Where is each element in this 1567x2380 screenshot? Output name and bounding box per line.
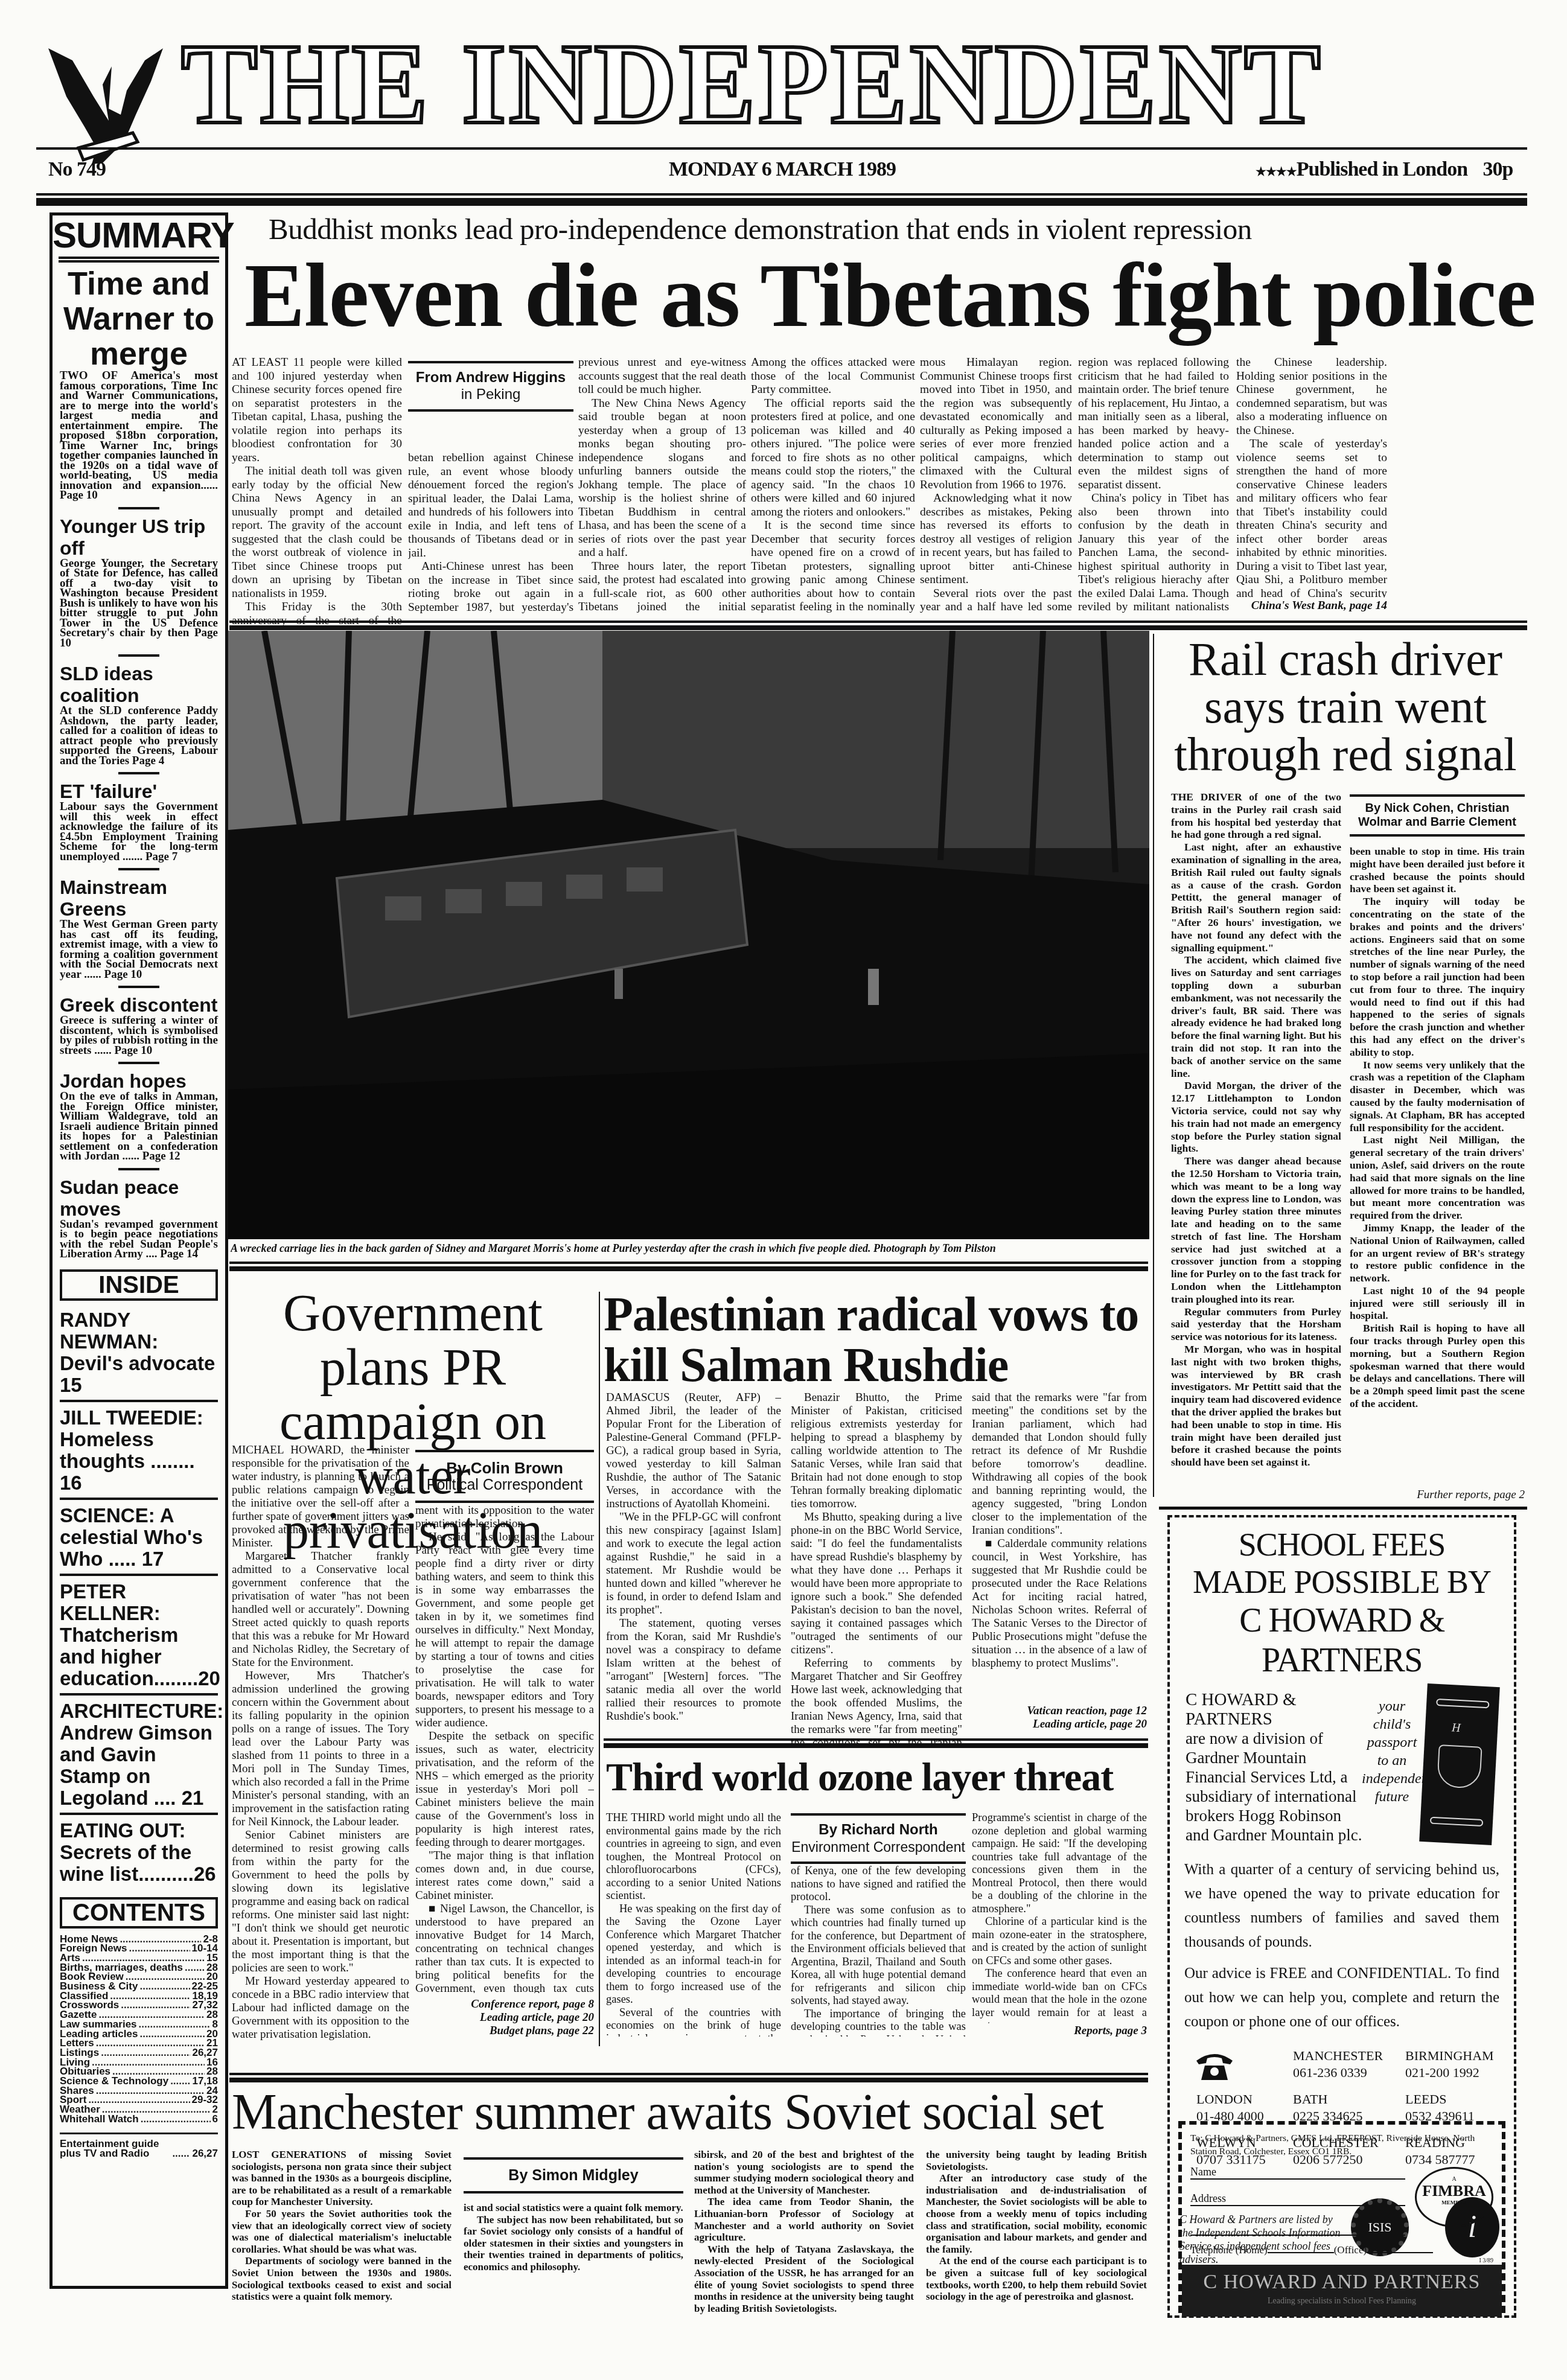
soviet-headline[interactable]: Manchester summer awaits Soviet social s…	[232, 2084, 1149, 2142]
cover-price: 30p	[1483, 158, 1513, 180]
coupon-address-field[interactable]: Address	[1190, 2192, 1405, 2206]
office-birmingham[interactable]: BIRMINGHAM021-200 1992	[1405, 2047, 1494, 2081]
summary-text: TWO OF America's most famous corporation…	[60, 371, 218, 501]
office-manchester[interactable]: MANCHESTER061-236 0339	[1293, 2047, 1383, 2081]
summary-text: Labour says the Government will this wee…	[60, 802, 218, 862]
ad-intro: C HOWARD & PARTNERS are now a division o…	[1186, 1690, 1367, 1845]
water-see-also[interactable]: Conference report, page 8 Leading articl…	[415, 1998, 594, 2038]
summary-text: The West German Green party has cast off…	[60, 920, 218, 980]
contents-entertainment[interactable]: Entertainment guide plus TV and Radio...…	[60, 2139, 218, 2158]
summary-text: At the SLD conference Paddy Ashdown, the…	[60, 706, 218, 766]
ozone-col-2: of Kenya, one of the few developing nati…	[791, 1865, 966, 2037]
summary-item[interactable]: Time and Warner to merge TWO OF America'…	[60, 266, 218, 501]
rushdie-col-2: Benazir Bhutto, the Prime Minister of Pa…	[791, 1391, 962, 1745]
school-fees-advert[interactable]: SCHOOL FEES MADE POSSIBLE BY C HOWARD & …	[1167, 1515, 1516, 2318]
lead-col-3: previous unrest and eye-witness accounts…	[578, 356, 746, 616]
rushdie-see-also[interactable]: Vatican reaction, page 12 Leading articl…	[972, 1705, 1147, 1731]
contents-row[interactable]: Foreign News............................…	[60, 1944, 218, 1953]
lead-col-6: region was replaced following criticism …	[1078, 356, 1229, 616]
summary-title: SUMMARY	[53, 215, 225, 254]
rushdie-headline[interactable]: Palestinian radical vows to kill Salman …	[604, 1289, 1153, 1391]
water-col-2: ment with its opposition to the water pr…	[415, 1504, 594, 1993]
summary-headline: Sudan peace moves	[60, 1176, 218, 1220]
photo-caption: A wrecked carriage lies in the back gard…	[231, 1242, 1148, 1255]
water-byline: By Colin Brown Political Correspondent	[415, 1450, 594, 1503]
summary-headline: SLD ideas coalition	[60, 663, 218, 706]
inside-item[interactable]: RANDY NEWMAN: Devil's advocate 15	[60, 1304, 218, 1400]
office-leeds[interactable]: LEEDS0532 439611	[1405, 2091, 1475, 2125]
summary-item[interactable]: Greek discontent Greece is suffering a w…	[60, 994, 218, 1056]
ozone-see-also[interactable]: Reports, page 3	[972, 2024, 1147, 2038]
coupon-address-field-2[interactable]	[1190, 2221, 1405, 2236]
ozone-headline[interactable]: Third world ozone layer threat	[606, 1750, 1149, 1805]
coupon-telephone-field[interactable]: Telephone (Home)(Office)	[1190, 2244, 1474, 2256]
rushdie-col-1: DAMASCUS (Reuter, AFP) – Ahmed Jibril, t…	[606, 1391, 781, 1745]
coupon-code: I 3/89	[1479, 2257, 1493, 2264]
issue-number: No 749	[48, 158, 106, 181]
summary-headline: Time and Warner to merge	[60, 266, 218, 371]
lead-kicker: Buddhist monks lead pro-independence dem…	[269, 212, 1252, 246]
issue-date: MONDAY 6 MARCH 1989	[669, 158, 896, 181]
contents-list: Home News...............................…	[60, 1935, 218, 2124]
newspaper-title: THE INDEPENDENT	[181, 24, 1323, 145]
ad-body-2: Our advice is FREE and CONFIDENTIAL. To …	[1170, 1962, 1514, 2034]
lead-byline: From Andrew Higgins in Peking	[408, 361, 573, 412]
rail-col-2: been unable to stop in time. His train m…	[1350, 845, 1525, 1485]
photo-scene	[228, 631, 1149, 1239]
soviet-byline: By Simon Midgley	[464, 2157, 683, 2193]
summary-headline: Greek discontent	[60, 994, 218, 1016]
summary-headline: ET 'failure'	[60, 780, 218, 802]
published-info: ★★★★Published in London 30p	[1256, 158, 1513, 181]
summary-text: George Younger, the Secretary of State f…	[60, 559, 218, 649]
soviet-col-2: ist and social statistics were a quaint …	[464, 2202, 683, 2366]
ad-headline-1: SCHOOL FEES	[1170, 1526, 1514, 1563]
summary-item[interactable]: Younger US trip off George Younger, the …	[60, 515, 218, 649]
lead-col-5: mous Himalayan region. Communist Chinese…	[920, 356, 1072, 616]
office-bath[interactable]: BATH0225 334625	[1293, 2091, 1363, 2125]
ad-script-text: your child's passport to an independent …	[1362, 1697, 1422, 1806]
inside-item[interactable]: SCIENCE: A celestial Who's Who ..... 17	[60, 1498, 218, 1574]
contents-title: CONTENTS	[60, 1897, 218, 1929]
lead-headline[interactable]: Eleven die as Tibetans fight police	[244, 247, 1536, 344]
rail-crash-photo[interactable]	[228, 631, 1149, 1239]
rail-byline: By Nick Cohen, Christian Wolmar and Barr…	[1350, 794, 1525, 837]
inside-item[interactable]: PETER KELLNER: Thatcherism and higher ed…	[60, 1574, 218, 1693]
office-london[interactable]: LONDON01-480 4000	[1196, 2091, 1264, 2125]
summary-item[interactable]: SLD ideas coalition At the SLD conferenc…	[60, 663, 218, 766]
summary-text: Greece is suffering a winter of disconte…	[60, 1016, 218, 1056]
fimbra-badge: A FIMBRA MEMBER	[1415, 2167, 1493, 2227]
soviet-col-4: the university being taught by leading B…	[926, 2149, 1147, 2366]
inside-item[interactable]: ARCHITECTURE: Andrew Gimson and Gavin St…	[60, 1693, 218, 1813]
inside-item[interactable]: EATING OUT: Secrets of the wine list....…	[60, 1813, 218, 1889]
coupon-address: To: C Howard & Partners, GMFS Ltd, FREEP…	[1182, 2125, 1502, 2158]
summary-item[interactable]: Jordan hopes On the eve of talks in Amma…	[60, 1070, 218, 1162]
ozone-col-1: THE THIRD world might undo all the envir…	[606, 1812, 781, 2037]
ad-headline-2: MADE POSSIBLE BY	[1170, 1563, 1514, 1601]
edition-stars: ★★★★	[1256, 165, 1297, 179]
inside-list: RANDY NEWMAN: Devil's advocate 15 JILL T…	[60, 1304, 218, 1889]
rail-col-1: THE DRIVER of one of the two trains in t…	[1171, 791, 1341, 1503]
ozone-byline: By Richard North Environment Corresponde…	[791, 1813, 966, 1864]
ad-banner: C HOWARD AND PARTNERS Leading specialist…	[1182, 2265, 1502, 2317]
inside-title: INSIDE	[60, 1269, 218, 1301]
rushdie-col-3: said that the remarks were "far from mee…	[972, 1391, 1147, 1705]
ad-headline-3: C HOWARD & PARTNERS	[1170, 1601, 1514, 1680]
masthead: THE INDEPENDENT No 749 MONDAY 6 MARCH 19…	[0, 0, 1567, 211]
summary-headline: Younger US trip off	[60, 515, 218, 559]
lead-col-2: betan rebellion against Chinese rule, an…	[408, 451, 573, 613]
rail-see-also[interactable]: Further reports, page 2	[1350, 1488, 1525, 1502]
lead-col-1: AT LEAST 11 people were killed and 100 i…	[232, 356, 402, 627]
summary-text: Sudan's revamped government is to begin …	[60, 1220, 218, 1260]
ad-body-1: With a quarter of a century of servicing…	[1170, 1858, 1514, 1954]
summary-item[interactable]: Mainstream Greens The West German Green …	[60, 876, 218, 980]
passport-graphic: H	[1419, 1683, 1500, 1845]
summary-text: On the eve of talks in Amman, the Foreig…	[60, 1092, 218, 1162]
contents-row[interactable]: Whitehall Watch.........................…	[60, 2114, 218, 2124]
lead-see-also[interactable]: China's West Bank, page 14	[1236, 599, 1387, 613]
summary-panel: SUMMARY Time and Warner to merge TWO OF …	[49, 212, 228, 2289]
soviet-col-1: LOST GENERATIONS of missing Soviet socio…	[232, 2149, 452, 2366]
eagle-icon	[36, 24, 181, 175]
summary-item[interactable]: Sudan peace moves Sudan's revamped gover…	[60, 1176, 218, 1260]
published-location: Published in London	[1297, 158, 1467, 180]
inside-item[interactable]: JILL TWEEDIE: Homeless thoughts ........…	[60, 1400, 218, 1498]
summary-item[interactable]: ET 'failure' Labour says the Government …	[60, 780, 218, 862]
water-col-1: MICHAEL HOWARD, the minister responsible…	[232, 1444, 409, 2041]
coupon[interactable]: To: C Howard & Partners, GMFS Ltd, FREEP…	[1178, 2121, 1505, 2313]
coupon-name-field[interactable]: Name	[1190, 2166, 1405, 2180]
lead-col-7: the Chinese leadership. Holding senior p…	[1236, 356, 1387, 598]
telephone-icon	[1194, 2050, 1235, 2081]
rail-headline[interactable]: Rail crash driver says train went throug…	[1161, 635, 1530, 778]
summary-headline: Jordan hopes	[60, 1070, 218, 1092]
photo-credit: Photograph by Tom Pilston	[873, 1242, 996, 1254]
soviet-col-3: sibirsk, and 20 of the best and brightes…	[694, 2149, 914, 2366]
lead-col-4: Among the offices attacked were those of…	[751, 356, 915, 616]
summary-headline: Mainstream Greens	[60, 876, 218, 920]
ozone-col-3: Programme's scientist in charge of the o…	[972, 1812, 1147, 2023]
